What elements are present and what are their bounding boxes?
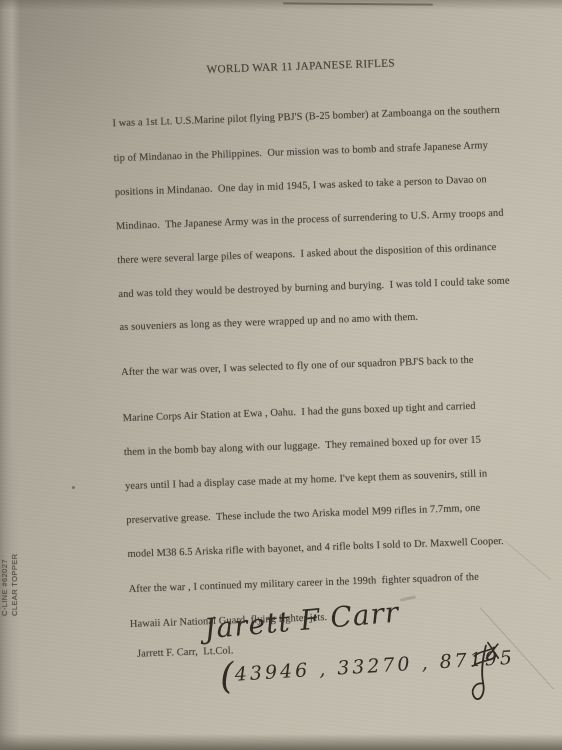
text-line: model M38 6.5 Ariska rifle with bayonet,… (127, 536, 504, 561)
text-line: them in the bomb bay along with our lugg… (124, 435, 481, 459)
text-line: Marine Corps Air Station at Ewa , Oahu. … (123, 401, 476, 425)
text-line: there were several large piles of weapon… (117, 242, 497, 267)
photo-top-shadow (0, 0, 562, 10)
text-line: years until I had a display case made at… (125, 468, 488, 493)
page-title: WORLD WAR 11 JAPANESE RIFLES (206, 57, 395, 76)
text-line: I was a 1st Lt. U.S.Marine pilot flying … (112, 105, 500, 131)
letter-page: WORLD WAR 11 JAPANESE RIFLES I was a 1st… (0, 0, 562, 750)
text-line: preservative grease. These include the t… (126, 503, 480, 527)
text-line: After the war , I continued my military … (129, 572, 480, 596)
text-line: After the war was over, I was selected t… (121, 355, 474, 379)
scanned-letter-photo: C-LINE #62027 CLEAR TOPPER WORLD WAR 11 … (0, 0, 562, 750)
text-line: as souveniers as long as they were wrapp… (119, 312, 418, 334)
signature-descender-loop: ( (219, 656, 236, 698)
sleeve-label-line1: C-LINE #62027 (0, 496, 10, 616)
handwritten-signature: Jarett F Carr (203, 596, 401, 646)
photo-bottom-shadow (0, 734, 562, 750)
text-line: Mindinao. The Japanese Army was in the p… (116, 208, 504, 234)
text-line: positions in Mindanao. One day in mid 19… (115, 174, 487, 199)
text-line: and was told they would be destroyed by … (118, 276, 510, 302)
text-line: tip of Mindanao in the Philippines. Our … (114, 140, 489, 165)
monogram-flourish-icon (463, 639, 507, 708)
